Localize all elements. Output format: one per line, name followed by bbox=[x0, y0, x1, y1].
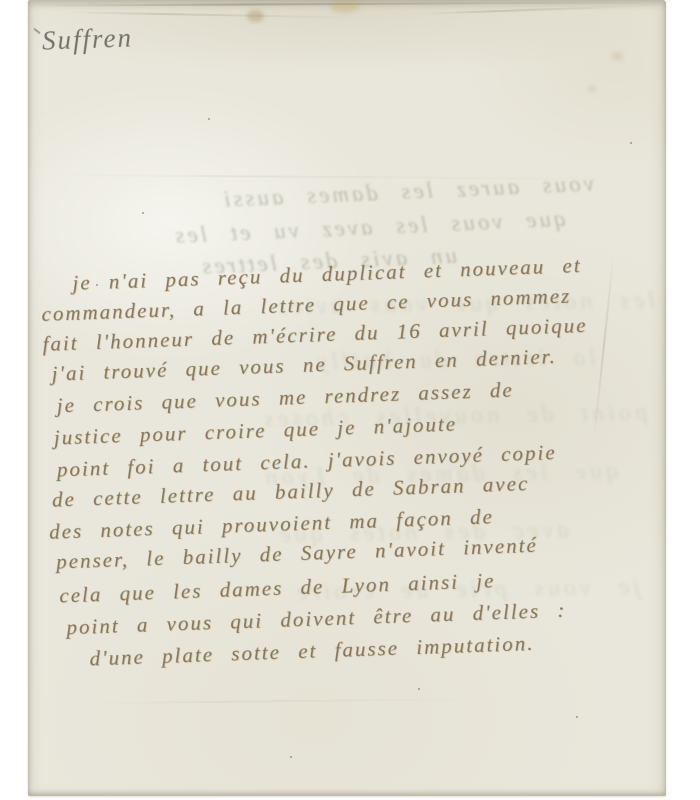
stain bbox=[612, 52, 623, 60]
speck bbox=[576, 716, 578, 718]
speck bbox=[290, 756, 292, 758]
paper-crease bbox=[28, 1, 666, 6]
paper-crease bbox=[88, 698, 508, 704]
pencil-annotation: Suffren bbox=[41, 22, 133, 56]
letter-page: Suffren vous aurez les dames aussi que v… bbox=[28, 0, 666, 796]
letter-scan: Suffren vous aurez les dames aussi que v… bbox=[0, 0, 700, 800]
paper-crease bbox=[48, 174, 638, 180]
speck bbox=[142, 212, 144, 214]
bleedthrough-line: que vous les avez vu et les bbox=[172, 206, 566, 249]
stain bbox=[588, 86, 596, 92]
pencil-tick-mark bbox=[33, 28, 41, 35]
bleedthrough-line: vous aurez les dames aussi bbox=[221, 171, 595, 213]
paper-crease bbox=[64, 11, 364, 19]
speck bbox=[418, 688, 420, 690]
stain bbox=[331, 0, 359, 13]
speck bbox=[208, 118, 210, 120]
letter-body: je n'ai pas reçu du duplicat et nouveau … bbox=[40, 251, 660, 692]
stain bbox=[247, 10, 264, 22]
speck bbox=[630, 142, 632, 144]
paper-crease bbox=[420, 5, 640, 15]
